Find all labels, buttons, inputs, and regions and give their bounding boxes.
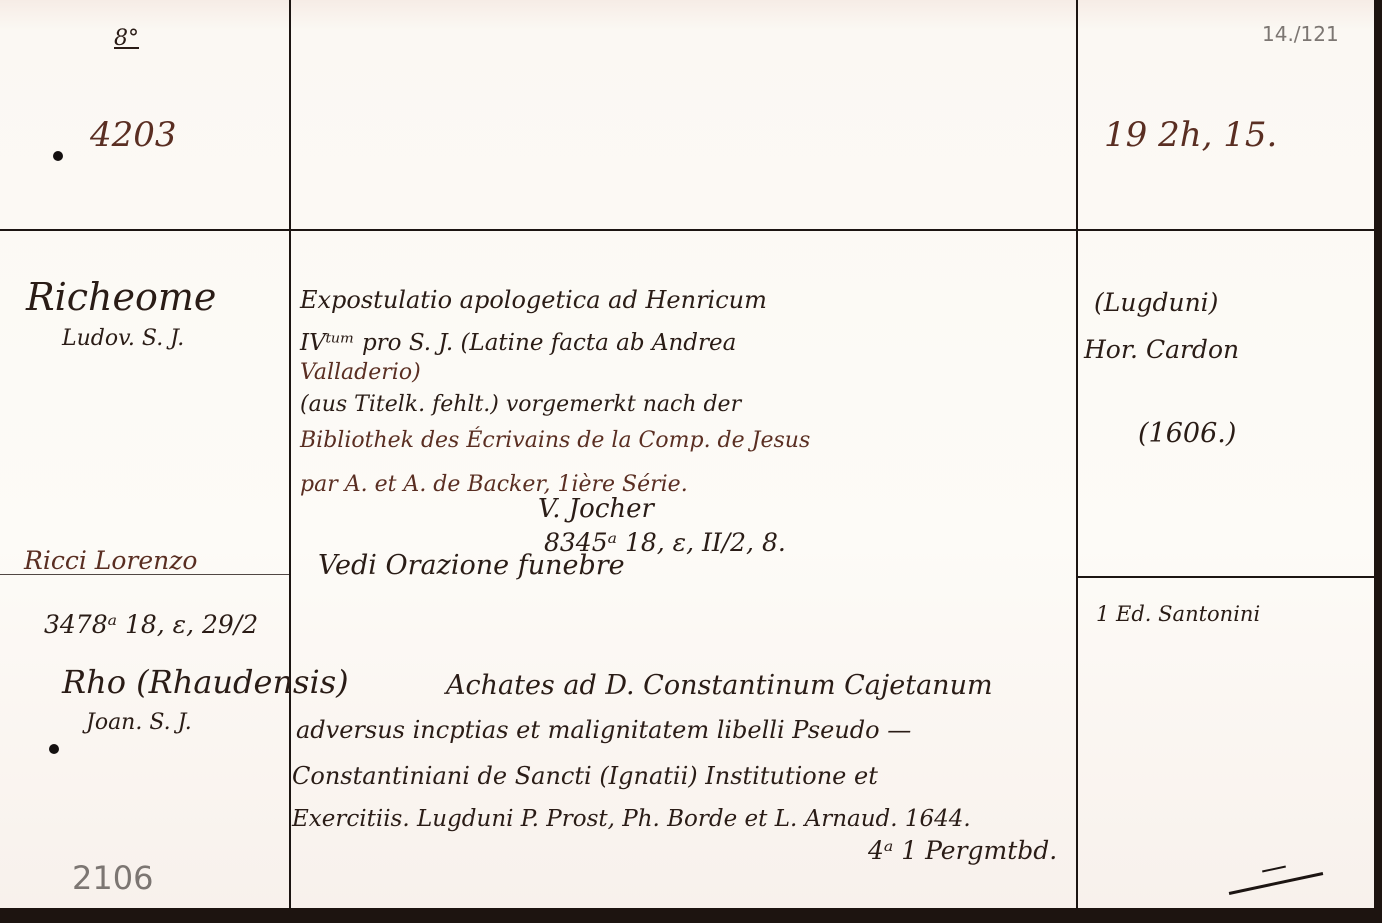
call-number: 4203 (90, 118, 177, 152)
entry2-author-forename: Joan. S. J. (86, 712, 192, 734)
entry2-author-surname: Rho (Rhaudensis) (62, 666, 349, 698)
entry2-title-line-4: Exercitiis. Lugduni P. Prost, Ph. Borde … (292, 808, 971, 831)
entry1-title-line-3: Valladerio) (300, 362, 421, 384)
place-column-divider (1076, 576, 1374, 578)
format-label: 8° (114, 28, 139, 50)
entry1-year: (1606.) (1138, 420, 1236, 447)
entry2-format: 4ᵃ 1 Pergmtbd. (868, 838, 1057, 863)
entry1-place: (Lugduni) (1094, 290, 1218, 315)
column-divider-right (1076, 0, 1078, 908)
entry1-author-forename: Ludov. S. J. (62, 328, 184, 350)
catalog-card: 8° 4203 19 2h, 15. 14./121 Richeome Ludo… (0, 0, 1382, 923)
entry1-title-line-6: par A. et A. de Backer, 1ière Série. (300, 474, 688, 496)
entry1-printer: Hor. Cardon (1084, 337, 1239, 362)
entry1-title-line-5: Bibliothek des Écrivains de la Comp. de … (300, 430, 810, 452)
entry1-title-line-2: IVᵗᵘᵐ pro S. J. (Latine facta ab Andrea (300, 332, 736, 355)
shelf-mark: 19 2h, 15. (1104, 118, 1277, 152)
entry2-title-line-1: Achates ad D. Constantinum Cajetanum (446, 672, 993, 699)
cross-ref-see: Vedi Orazione funebre (318, 552, 625, 579)
column-divider-left (289, 0, 291, 908)
entry2-note-right: 1 Ed. Santonini (1096, 604, 1260, 625)
bullet-dot (53, 151, 63, 161)
entry2-title-line-3: Constantiniani de Sancti (Ignatii) Insti… (292, 764, 878, 788)
entry1-title-line-1: Expostulatio apologetica ad Henricum (300, 288, 767, 312)
entry1-author-surname: Richeome (26, 278, 216, 316)
cross-ref-name: Ricci Lorenzo (24, 548, 198, 573)
pencil-reference: 14./121 (1262, 24, 1339, 44)
cross-ref-number: 3478ᵃ 18, ε, 29/2 (44, 612, 258, 637)
header-row-divider (0, 229, 1374, 231)
entry1-see-reference: V. Jocher (538, 496, 654, 522)
end-mark-small (1262, 866, 1286, 873)
entry1-title-line-4: (aus Titelk. fehlt.) vorgemerkt nach der (300, 394, 741, 416)
pencil-number: 2106 (72, 862, 153, 894)
bullet-dot (49, 744, 59, 754)
entry2-title-line-2: adversus incptias et malignitatem libell… (296, 718, 911, 742)
end-mark (1229, 872, 1324, 895)
